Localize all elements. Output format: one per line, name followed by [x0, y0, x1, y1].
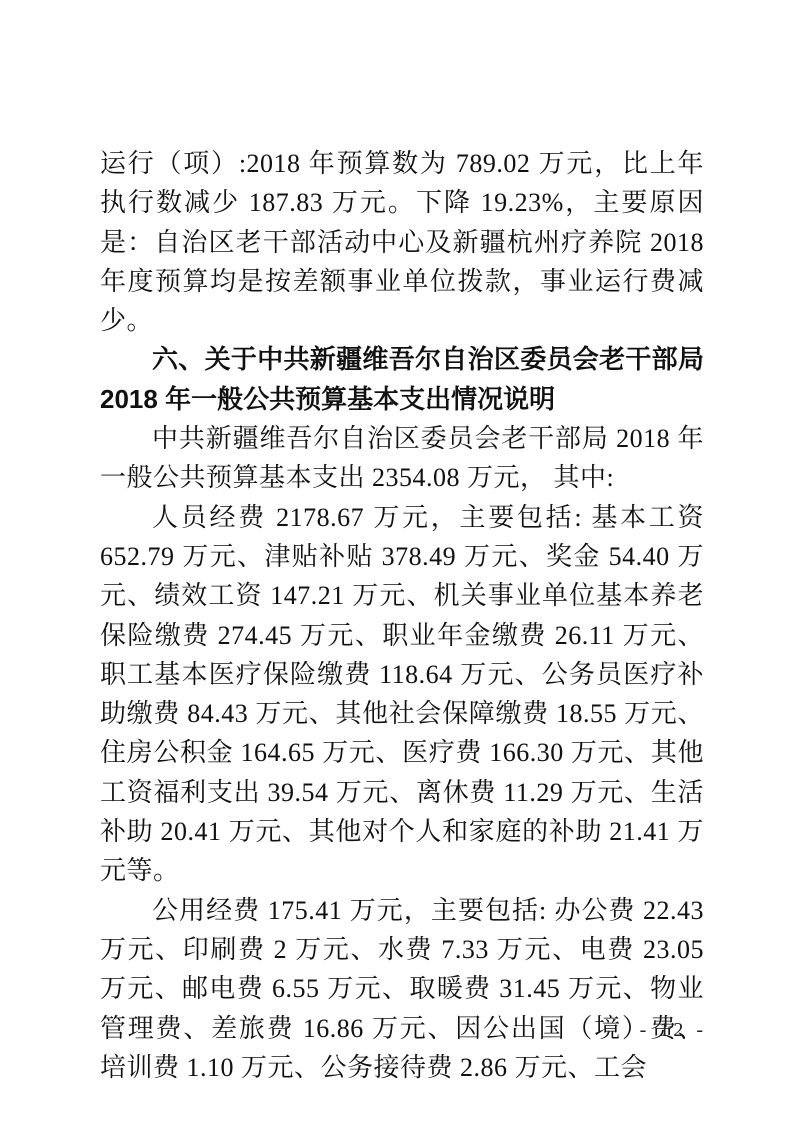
section-six-heading: 六、关于中共新疆维吾尔自治区委员会老干部局 2018 年一般公共预算基本支出情况…	[100, 340, 704, 419]
page-number: - 12 -	[640, 1016, 707, 1044]
document-page: 运行（项）:2018 年预算数为 789.02 万元，比上年执行数减少 187.…	[0, 0, 793, 1122]
basic-expenditure-total-paragraph: 中共新疆维吾尔自治区委员会老干部局 2018 年一般公共预算基本支出 2354.…	[100, 419, 704, 498]
public-expenses-paragraph: 公用经费 175.41 万元，主要包括: 办公费 22.43 万元、印刷费 2 …	[100, 891, 704, 1087]
personnel-expenses-paragraph: 人员经费 2178.67 万元，主要包括: 基本工资 652.79 万元、津贴补…	[100, 498, 704, 891]
operations-budget-decrease-paragraph: 运行（项）:2018 年预算数为 789.02 万元，比上年执行数减少 187.…	[100, 144, 704, 340]
document-body: 运行（项）:2018 年预算数为 789.02 万元，比上年执行数减少 187.…	[100, 144, 704, 1087]
